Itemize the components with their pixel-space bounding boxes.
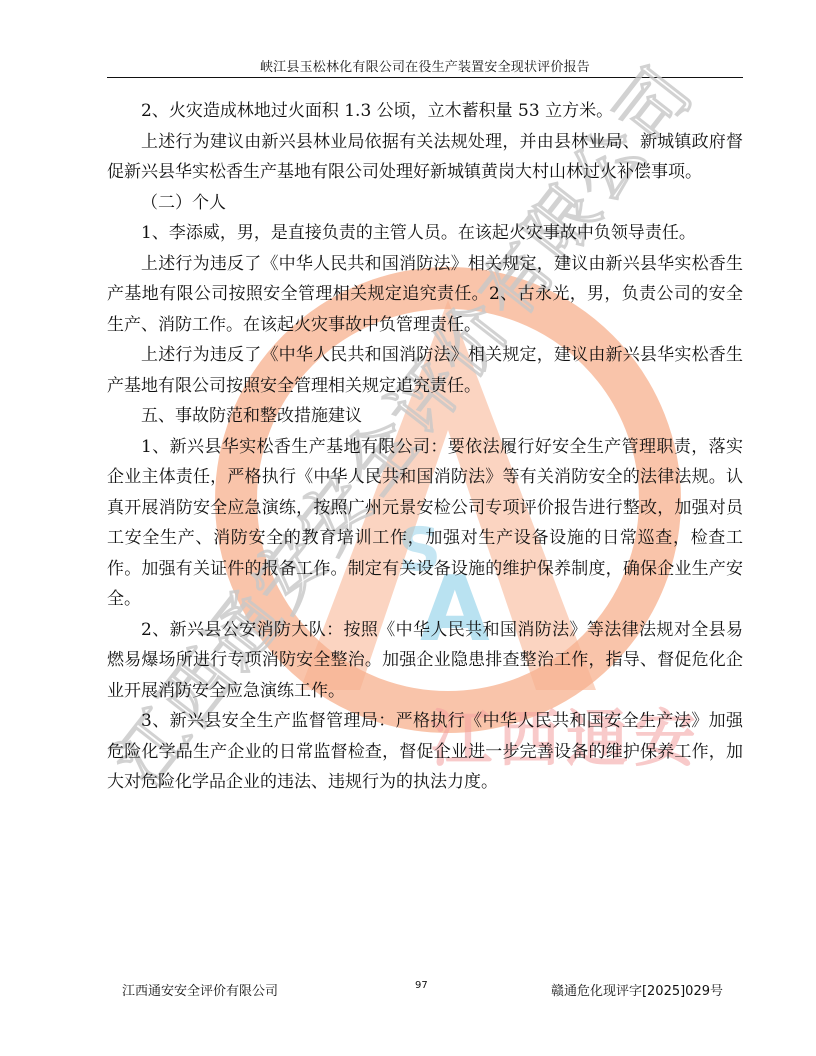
header-divider bbox=[107, 77, 743, 78]
page-header-title: 峡江县玉松林化有限公司在役生产装置安全现状评价报告 bbox=[107, 56, 743, 75]
footer-page-number: 97 bbox=[415, 980, 428, 991]
section-heading-individual: （二）个人 bbox=[107, 188, 743, 219]
section-heading-prevention: 五、事故防范和整改措施建议 bbox=[107, 401, 743, 432]
document-body: 2、火灾造成林地过火面积 1.3 公顷，立木蓄积量 53 立方米。 上述行为建议… bbox=[107, 96, 743, 798]
paragraph: 3、新兴县安全生产监督管理局：严格执行《中华人民共和国安全生产法》加强危险化学品… bbox=[107, 706, 743, 798]
paragraph: 1、新兴县华实松香生产基地有限公司：要依法履行好安全生产管理职责，落实企业主体责… bbox=[107, 432, 743, 615]
paragraph: 2、火灾造成林地过火面积 1.3 公顷，立木蓄积量 53 立方米。 bbox=[107, 96, 743, 127]
paragraph: 上述行为违反了《中华人民共和国消防法》相关规定，建议由新兴县华实松香生产基地有限… bbox=[107, 340, 743, 401]
paragraph: 上述行为违反了《中华人民共和国消防法》相关规定，建议由新兴县华实松香生产基地有限… bbox=[107, 249, 743, 341]
paragraph: 上述行为建议由新兴县林业局依据有关法规处理，并由县林业局、新城镇政府督促新兴县华… bbox=[107, 127, 743, 188]
footer-company: 江西通安安全评价有限公司 bbox=[122, 980, 278, 999]
footer-doc-number: 赣通危化现评字[2025]029号 bbox=[551, 980, 723, 999]
page-footer: 江西通安安全评价有限公司 97 赣通危化现评字[2025]029号 bbox=[107, 980, 743, 1000]
paragraph: 1、李添威，男，是直接负责的主管人员。在该起火灾事故中负领导责任。 bbox=[107, 218, 743, 249]
paragraph: 2、新兴县公安消防大队：按照《中华人民共和国消防法》等法律法规对全县易燃易爆场所… bbox=[107, 615, 743, 707]
document-page: 峡江县玉松林化有限公司在役生产装置安全现状评价报告 A S 江西通安安全评价有限… bbox=[0, 0, 816, 1056]
